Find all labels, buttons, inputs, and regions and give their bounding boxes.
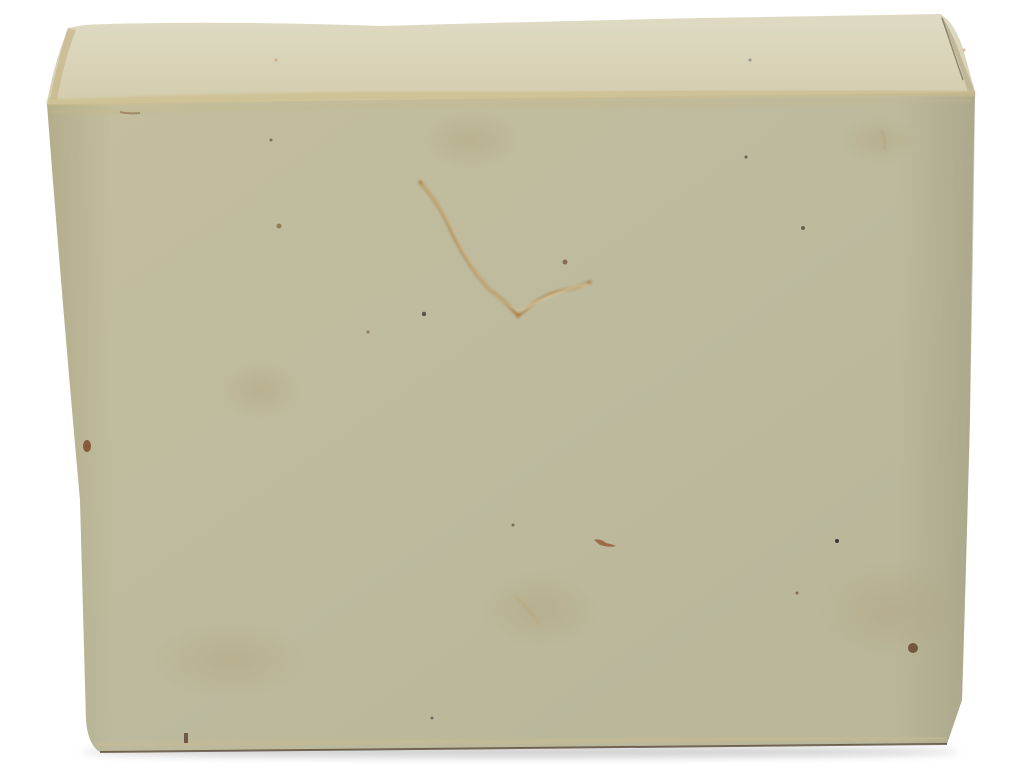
box-illustration [0, 0, 1024, 768]
stain-left [83, 440, 91, 452]
stain-right [908, 643, 918, 653]
photo-scene: Aged cardboard box, front view [0, 0, 1024, 768]
stain-bottom-left [184, 733, 188, 743]
